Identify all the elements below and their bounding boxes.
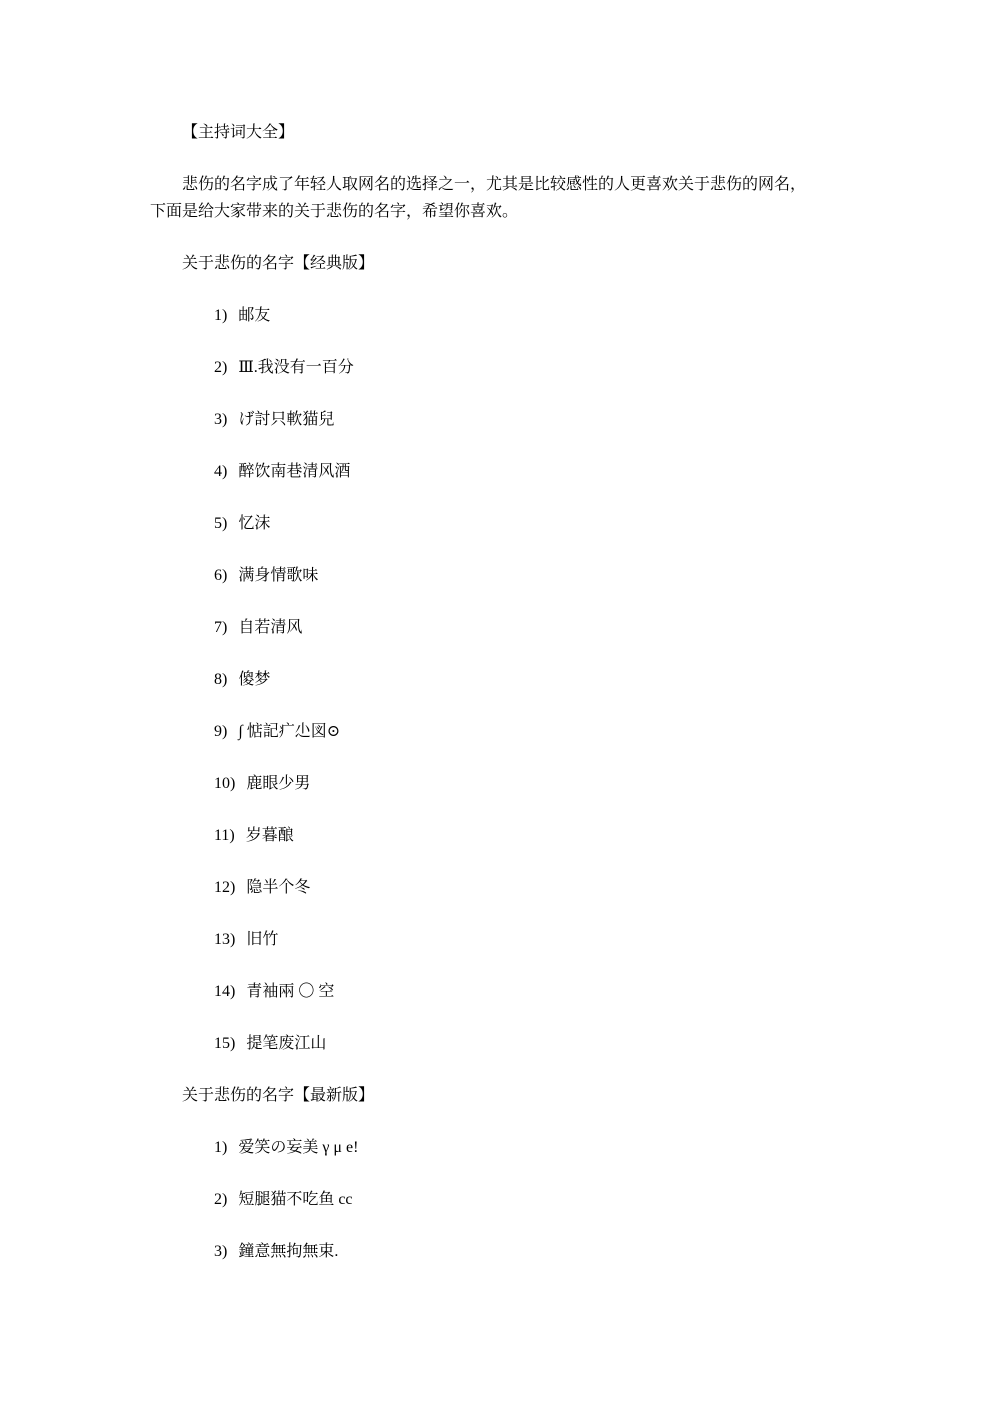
- list-item: 1)爱笑の妄美 γ μ e!: [150, 1134, 863, 1161]
- item-text: 鐘意無拘無束.: [238, 1243, 338, 1260]
- item-text: 自若清风: [238, 619, 302, 636]
- item-text: 鹿眼少男: [246, 775, 310, 792]
- item-number: 2): [182, 1186, 227, 1213]
- list-item: 2)短腿猫不吃鱼 cc: [150, 1186, 863, 1213]
- item-number: 1): [182, 302, 227, 329]
- item-text: 短腿猫不吃鱼 cc: [238, 1191, 352, 1208]
- list-item: 9)∫ 惦記疒尐図⊙: [150, 718, 863, 745]
- item-number: 7): [182, 614, 227, 641]
- list-item: 3)鐘意無拘無束.: [150, 1238, 863, 1265]
- item-text: 隐半个冬: [246, 879, 310, 896]
- list-item: 1)邮友: [150, 302, 863, 329]
- item-text: げ討只軟猫兒: [238, 411, 334, 428]
- item-number: 4): [182, 458, 227, 485]
- list-item: 8)傻梦: [150, 666, 863, 693]
- item-text: 醉饮南巷清风酒: [238, 463, 350, 480]
- item-text: 忆沫: [238, 515, 270, 532]
- list-item: 4)醉饮南巷清风酒: [150, 458, 863, 485]
- list-item: 6)满身情歌味: [150, 562, 863, 589]
- item-number: 2): [182, 354, 227, 381]
- item-text: 邮友: [238, 307, 270, 324]
- item-text: 岁暮酿: [246, 827, 294, 844]
- item-number: 3): [182, 406, 227, 433]
- item-text: 满身情歌味: [238, 567, 318, 584]
- document-page: 【主持词大全】 悲伤的名字成了年轻人取网名的选择之一，尤其是比较感性的人更喜欢关…: [0, 0, 993, 1404]
- intro-line: 下面是给大家带来的关于悲伤的名字，希望你喜欢。: [150, 198, 863, 225]
- item-number: 8): [182, 666, 227, 693]
- list-item: 13)旧竹: [150, 926, 863, 953]
- page-title: 【主持词大全】: [150, 119, 863, 146]
- item-number: 3): [182, 1238, 227, 1265]
- item-number: 9): [182, 718, 227, 745]
- intro-paragraph: 悲伤的名字成了年轻人取网名的选择之一，尤其是比较感性的人更喜欢关于悲伤的网名， …: [150, 171, 863, 225]
- list-item: 3)げ討只軟猫兒: [150, 406, 863, 433]
- section-title-classic: 关于悲伤的名字【经典版】: [150, 250, 863, 277]
- list-item: 14)青袖兩 〇 空: [150, 978, 863, 1005]
- item-number: 5): [182, 510, 227, 537]
- item-text: Ⅲ.我没有一百分: [238, 359, 353, 376]
- item-number: 1): [182, 1134, 227, 1161]
- list-item: 11)岁暮酿: [150, 822, 863, 849]
- item-text: 青袖兩 〇 空: [246, 983, 334, 1000]
- item-number: 15): [182, 1030, 235, 1057]
- section-title-latest: 关于悲伤的名字【最新版】: [150, 1082, 863, 1109]
- item-number: 14): [182, 978, 235, 1005]
- item-number: 11): [182, 822, 235, 849]
- list-item: 10)鹿眼少男: [150, 770, 863, 797]
- intro-line: 悲伤的名字成了年轻人取网名的选择之一，尤其是比较感性的人更喜欢关于悲伤的网名，: [150, 171, 863, 198]
- list-item: 2)Ⅲ.我没有一百分: [150, 354, 863, 381]
- item-text: 提笔废江山: [246, 1035, 326, 1052]
- list-item: 7)自若清风: [150, 614, 863, 641]
- item-number: 6): [182, 562, 227, 589]
- list-item: 15)提笔废江山: [150, 1030, 863, 1057]
- list-item: 5)忆沫: [150, 510, 863, 537]
- item-text: 爱笑の妄美 γ μ e!: [238, 1139, 358, 1156]
- item-number: 12): [182, 874, 235, 901]
- list-item: 12)隐半个冬: [150, 874, 863, 901]
- item-number: 13): [182, 926, 235, 953]
- item-number: 10): [182, 770, 235, 797]
- item-text: 傻梦: [238, 671, 270, 688]
- item-text: 旧竹: [246, 931, 278, 948]
- item-text: ∫ 惦記疒尐図⊙: [238, 723, 340, 740]
